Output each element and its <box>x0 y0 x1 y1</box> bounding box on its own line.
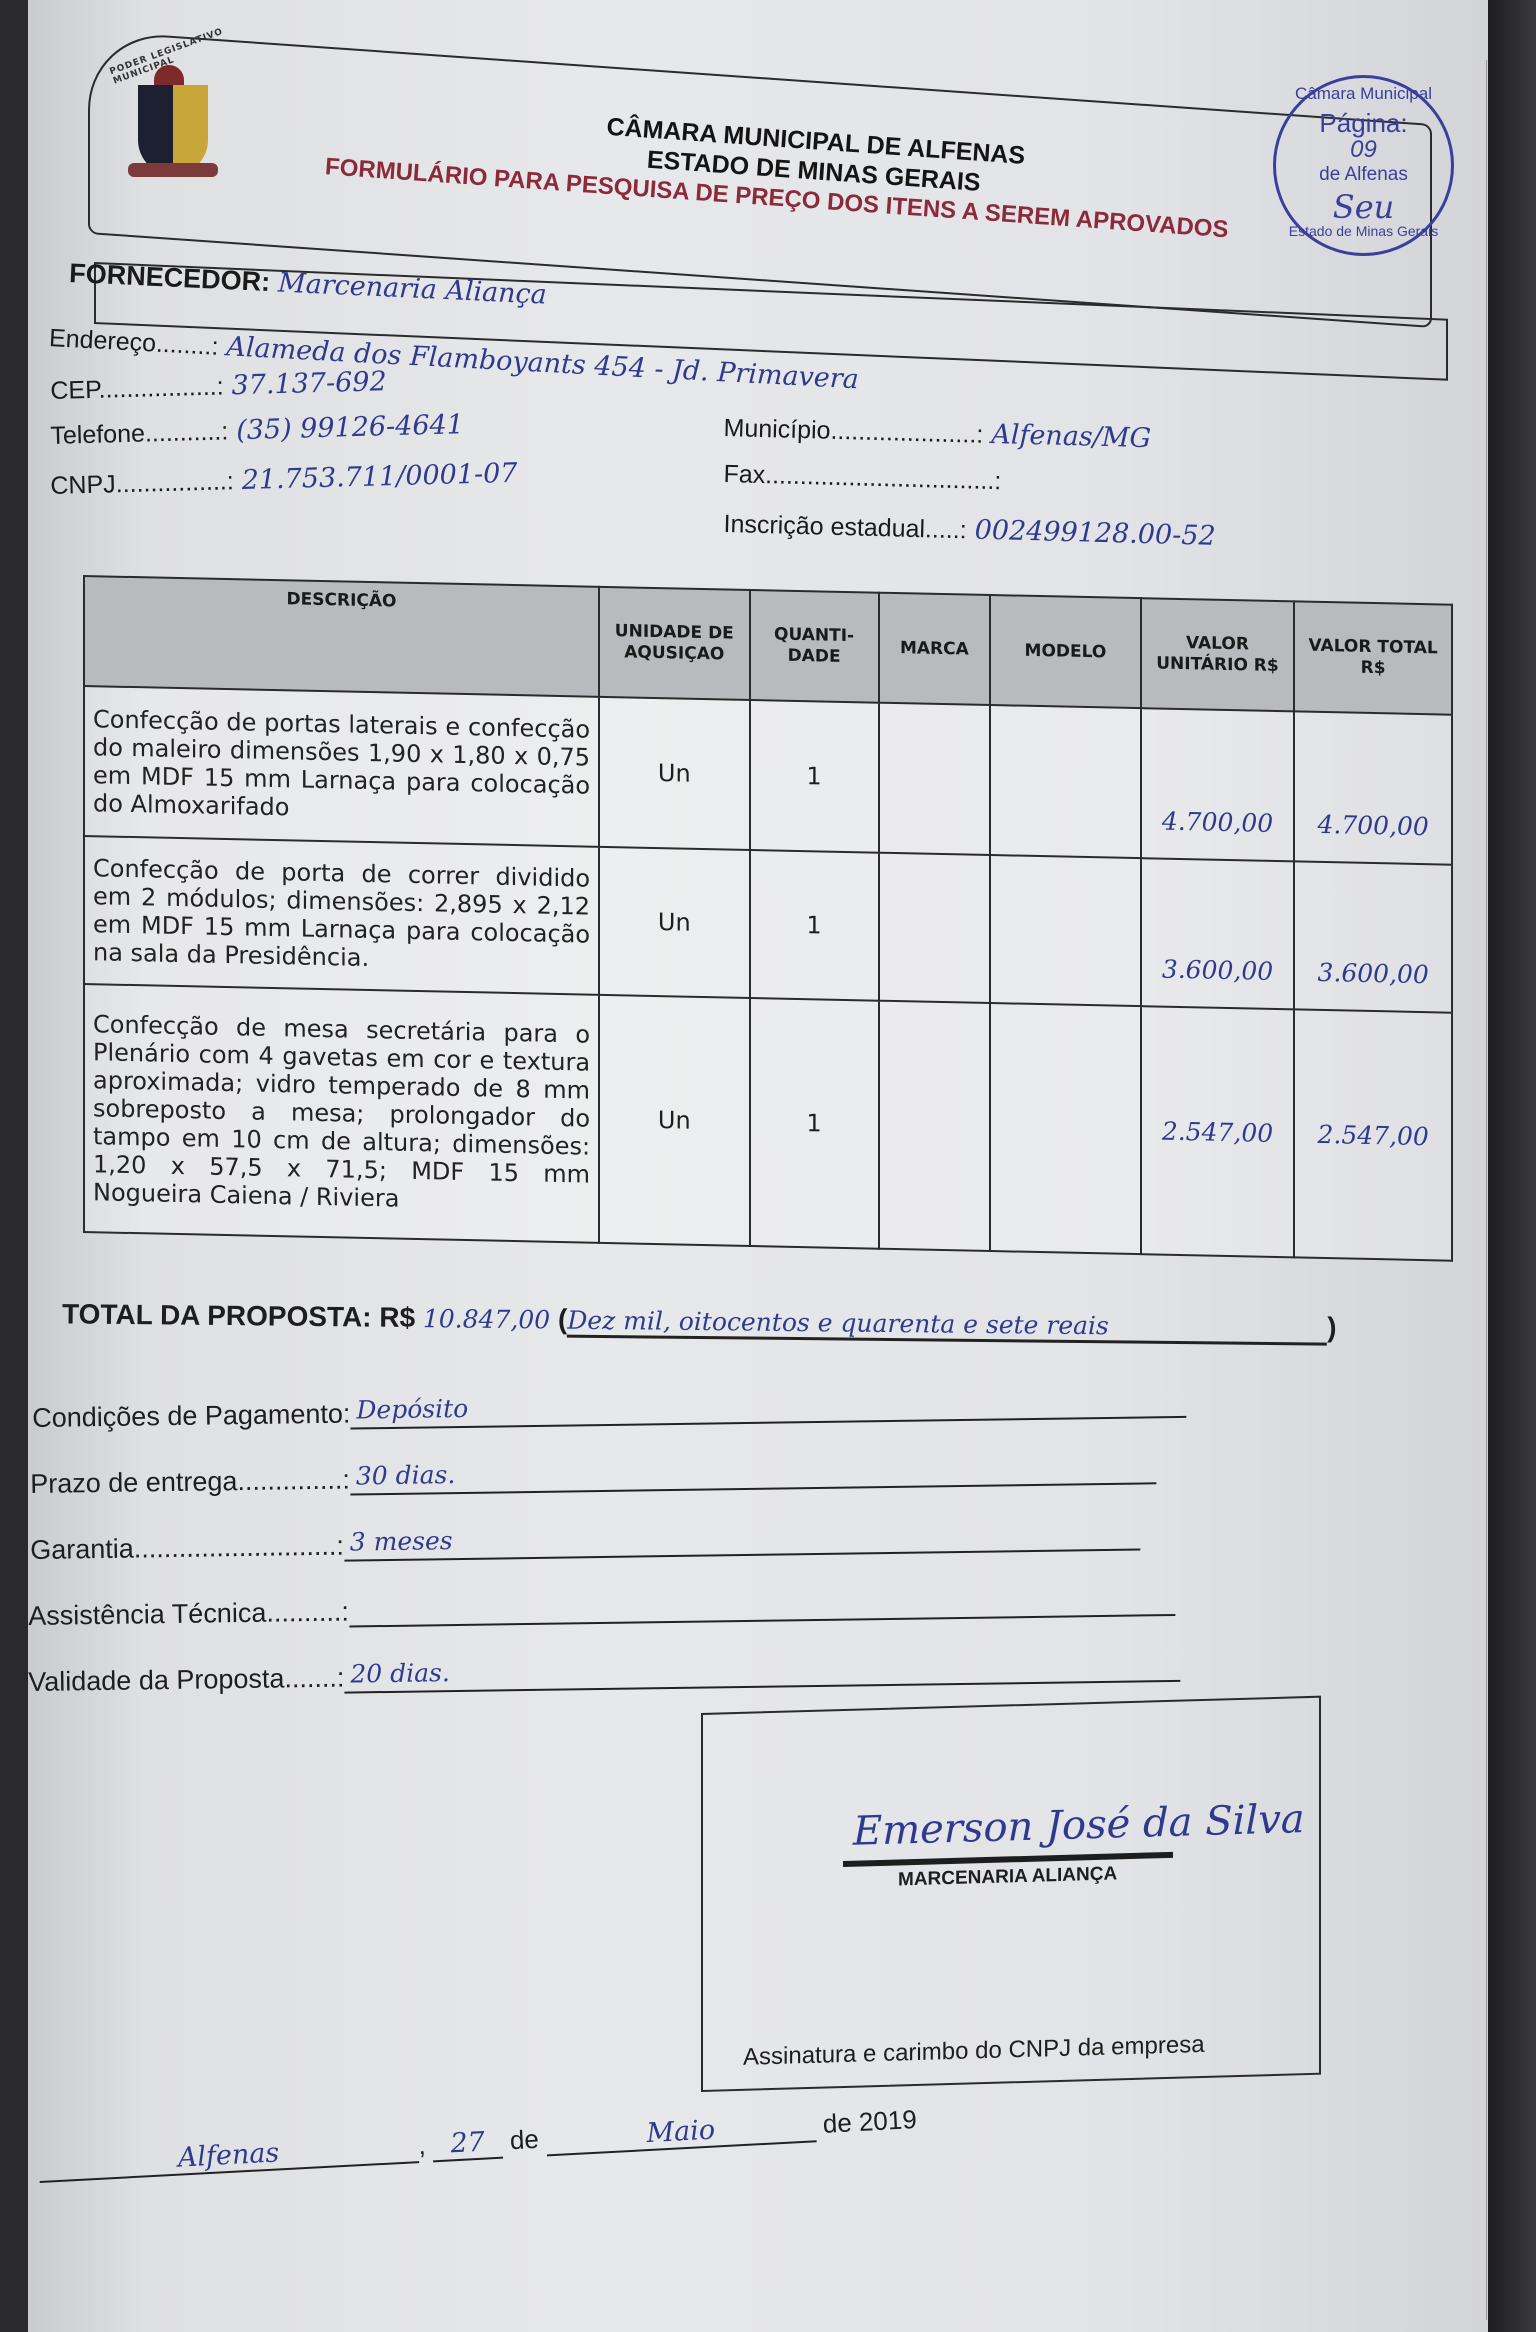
proposal-validity-field: Validade da Proposta.......:20 dias. <box>28 1648 1181 1698</box>
item-unit: Un <box>599 995 750 1246</box>
document-page: PODER LEGISLATIVO MUNICIPAL CÂMARA MUNIC… <box>28 0 1488 2332</box>
cnpj-value: 21.753.711/0001-07 <box>241 458 518 496</box>
signature-caption: Assinatura e carimbo do CNPJ da empresa <box>743 2031 1205 2072</box>
state-registration-value: 002499128.00-52 <box>974 515 1216 552</box>
header-unit-price: VALOR UNITÁRIO R$ <box>1141 598 1295 711</box>
item-description: Confecção de mesa secretária para o Plen… <box>84 984 599 1243</box>
item-model <box>990 705 1141 858</box>
item-unit-price: 3.600,00 <box>1141 858 1295 1009</box>
item-total-price: 4.700,00 <box>1294 711 1452 864</box>
total-value: 10.847,00 <box>423 1304 551 1334</box>
total-label: TOTAL DA PROPOSTA: R$ <box>62 1298 415 1333</box>
municipality-field: Município.....................:Alfenas/M… <box>723 412 1151 454</box>
cnpj-field: CNPJ................:21.753.711/0001-07 <box>50 458 518 501</box>
municipality-value: Alfenas/MG <box>991 419 1152 454</box>
payment-conditions-label: Condições de Pagamento: <box>32 1399 351 1433</box>
header-quantity: QUANTI-DADE <box>750 590 879 703</box>
item-quantity: 1 <box>750 850 879 1001</box>
background-shadow <box>1488 0 1536 2332</box>
header-unit: UNIDADE DE AQUSIÇAO <box>599 587 750 700</box>
phone-label: Telefone...........: <box>50 417 229 450</box>
table-row: Confecção de mesa secretária para o Plen… <box>84 984 1452 1261</box>
warranty-field: Garantia...........................:3 me… <box>30 1517 1140 1566</box>
header-total-price: VALOR TOTAL R$ <box>1294 601 1452 714</box>
delivery-time-label: Prazo de entrega..............: <box>30 1465 350 1499</box>
shield-icon <box>138 85 208 175</box>
cnpj-label: CNPJ................: <box>50 467 234 500</box>
item-brand <box>879 853 991 1003</box>
table-row: Confecção de porta de correr dividido em… <box>84 836 1452 1013</box>
technical-assistance-value <box>349 1582 1175 1628</box>
header-model: MODELO <box>990 595 1141 708</box>
date-de: de <box>509 2124 539 2155</box>
item-unit-price: 4.700,00 <box>1141 708 1295 861</box>
handwritten-signature: Emerson José da Silva <box>853 1796 1305 1855</box>
item-brand <box>879 703 991 855</box>
technical-assistance-label: Assistência Técnica..........: <box>28 1597 349 1631</box>
page-stamp: Câmara Municipal Página: 09 de Alfenas S… <box>1273 75 1454 256</box>
stamp-ring-top: Câmara Municipal <box>1276 84 1451 104</box>
fax-value <box>1009 465 1010 496</box>
warranty-label: Garantia...........................: <box>30 1531 344 1565</box>
ribbon-icon <box>128 163 218 177</box>
stamp-initials: Seu <box>1276 188 1451 226</box>
item-quantity: 1 <box>750 998 879 1249</box>
item-quantity: 1 <box>750 700 879 853</box>
header-description: DESCRIÇÃO <box>84 576 599 697</box>
header-brand: MARCA <box>879 593 991 705</box>
fax-label: Fax.................................: <box>723 460 1001 495</box>
phone-field: Telefone...........:(35) 99126-4641 <box>50 409 464 451</box>
payment-conditions-field: Condições de Pagamento:Depósito <box>32 1384 1187 1434</box>
item-unit-price: 2.547,00 <box>1141 1006 1295 1257</box>
stamp-city: de Alfenas <box>1276 164 1451 186</box>
coat-of-arms-logo: PODER LEGISLATIVO MUNICIPAL <box>108 45 238 195</box>
date-line: Alfenas, 27 de Maio de 2019 <box>38 2104 918 2183</box>
date-day: 27 <box>432 2126 504 2163</box>
municipality-label: Município.....................: <box>723 414 983 449</box>
total-in-words: Dez mil, oitocentos e quarenta e sete re… <box>567 1306 1327 1346</box>
items-table: DESCRIÇÃO UNIDADE DE AQUSIÇAO QUANTI-DAD… <box>83 575 1453 1262</box>
date-year: de 2019 <box>822 2104 917 2139</box>
table-row: Confecção de portas laterais e confecção… <box>84 686 1452 865</box>
item-brand <box>879 1001 991 1251</box>
proposal-validity-value: 20 dias. <box>344 1648 1180 1694</box>
item-model <box>990 855 1141 1006</box>
phone-value: (35) 99126-4641 <box>236 409 464 446</box>
item-unit: Un <box>599 847 750 998</box>
company-stamp: MARCENARIA ALIANÇA <box>898 1863 1117 1891</box>
stamp-page-label: Página: <box>1276 108 1451 139</box>
item-description: Confecção de portas laterais e confecção… <box>84 686 599 847</box>
stamp-ring-bottom: Estado de Minas Gerais <box>1276 223 1451 239</box>
item-model <box>990 1003 1141 1254</box>
proposal-validity-label: Validade da Proposta.......: <box>28 1663 345 1697</box>
date-city: Alfenas <box>38 2130 419 2183</box>
items-table-wrapper: DESCRIÇÃO UNIDADE DE AQUSIÇAO QUANTI-DAD… <box>83 575 1453 1262</box>
total-close-paren: ) <box>1327 1312 1337 1343</box>
proposal-total: TOTAL DA PROPOSTA: R$ 10.847,00 (Dez mil… <box>62 1298 1337 1345</box>
cep-label: CEP.................: <box>50 372 224 405</box>
signature-box: Emerson José da Silva MARCENARIA ALIANÇA… <box>701 1696 1321 2092</box>
date-month: Maio <box>545 2109 816 2156</box>
state-registration-field: Inscrição estadual.....:002499128.00-52 <box>723 508 1216 552</box>
date-comma: , <box>417 2130 426 2160</box>
item-total-price: 3.600,00 <box>1294 861 1452 1012</box>
technical-assistance-field: Assistência Técnica..........: <box>28 1582 1175 1632</box>
state-registration-label: Inscrição estadual.....: <box>723 510 967 544</box>
payment-conditions-value: Depósito <box>350 1384 1186 1430</box>
stamp-page-number: 09 <box>1276 136 1451 164</box>
cep-field: CEP.................:37.137-692 <box>50 366 387 406</box>
item-description: Confecção de porta de correr dividido em… <box>84 836 599 995</box>
cep-value: 37.137-692 <box>231 366 387 401</box>
item-total-price: 2.547,00 <box>1294 1009 1452 1260</box>
warranty-value: 3 meses <box>344 1517 1140 1562</box>
item-unit: Un <box>599 697 750 850</box>
delivery-time-value: 30 dias. <box>350 1450 1156 1495</box>
signature-line <box>843 1852 1173 1867</box>
fax-field: Fax.................................: <box>723 458 1010 496</box>
delivery-time-field: Prazo de entrega..............:30 dias. <box>30 1450 1156 1500</box>
address-label: Endereço........: <box>48 324 219 361</box>
